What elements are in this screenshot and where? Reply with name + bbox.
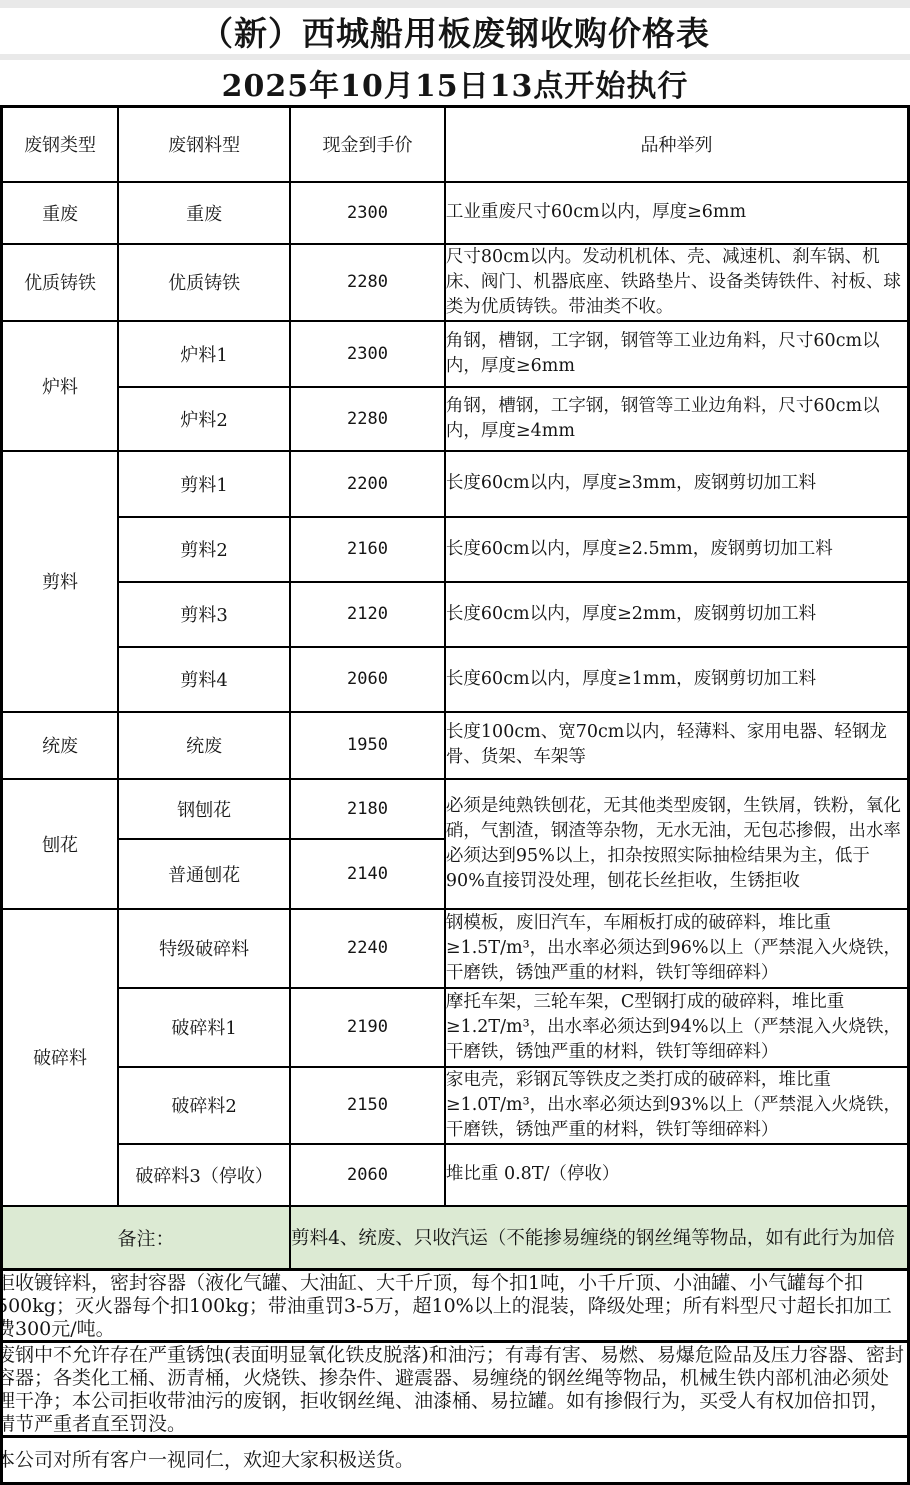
note-prohibited-items: 废钢中不允许存在严重锈蚀(表面明显氧化铁皮脱落)和油污；有毒有害、易燃、易爆危险…	[0, 1343, 910, 1438]
price-cell: 2300	[290, 182, 445, 244]
desc-cell: 长度60cm以内，厚度≥2.5mm，废钢剪切加工料	[445, 517, 909, 582]
material-cell: 普通刨花	[118, 839, 290, 909]
table-row: 炉料2 2280 角钢，槽钢，工字钢，钢管等工业边角料，尺寸60cm以内，厚度≥…	[2, 387, 909, 451]
material-cell: 重废	[118, 182, 290, 244]
material-cell: 优质铸铁	[118, 244, 290, 321]
material-cell: 统废	[118, 712, 290, 779]
price-cell: 2140	[290, 839, 445, 909]
price-cell: 2060	[290, 1144, 445, 1206]
header-cash-price: 现金到手价	[290, 107, 445, 182]
price-cell: 2200	[290, 451, 445, 517]
remark-label: 备注：	[2, 1206, 291, 1270]
price-cell: 2180	[290, 779, 445, 839]
material-cell: 炉料2	[118, 387, 290, 451]
table-row: 重废 重废 2300 工业重废尺寸60cm以内，厚度≥6mm	[2, 182, 909, 244]
table-row: 剪料3 2120 长度60cm以内，厚度≥2mm，废钢剪切加工料	[2, 582, 909, 647]
material-cell: 剪料4	[118, 647, 290, 712]
price-cell: 2150	[290, 1067, 445, 1144]
material-cell: 破碎料1	[118, 988, 290, 1067]
table-row: 破碎料2 2150 家电壳，彩钢瓦等铁皮之类打成的破碎料，堆比重≥1.0T/m³…	[2, 1067, 909, 1144]
material-cell: 破碎料3（停收）	[118, 1144, 290, 1206]
header-row: 废钢类型 废钢料型 现金到手价 品种举列	[2, 107, 909, 182]
table-row: 炉料 炉料1 2300 角钢，槽钢，工字钢，钢管等工业边角料，尺寸60cm以内，…	[2, 321, 909, 387]
table-row: 剪料 剪料1 2200 长度60cm以内，厚度≥3mm，废钢剪切加工料	[2, 451, 909, 517]
table-row: 破碎料 特级破碎料 2240 钢模板，废旧汽车，车厢板打成的破碎料，堆比重≥1.…	[2, 909, 909, 988]
page-title: （新）西城船用板废钢收购价格表	[0, 8, 910, 54]
type-cell: 优质铸铁	[2, 244, 119, 321]
desc-cell: 摩托车架，三轮车架，C型钢打成的破碎料，堆比重≥1.2T/m³，出水率必须达到9…	[445, 988, 909, 1067]
price-cell: 2280	[290, 244, 445, 321]
price-cell: 2300	[290, 321, 445, 387]
remark-text: 剪料4、统废、只收汽运（不能掺易缠绕的钢丝绳等物品，如有此行为加倍	[290, 1206, 908, 1270]
table-row: 优质铸铁 优质铸铁 2280 尺寸80cm以内。发动机机体、壳、减速机、刹车锅、…	[2, 244, 909, 321]
price-cell: 2280	[290, 387, 445, 451]
table-row: 破碎料1 2190 摩托车架，三轮车架，C型钢打成的破碎料，堆比重≥1.2T/m…	[2, 988, 909, 1067]
table-row: 刨花 钢刨花 2180 必须是纯熟铁刨花，无其他类型废钢，生铁屑，铁粉，氧化硝，…	[2, 779, 909, 839]
desc-cell: 角钢，槽钢，工字钢，钢管等工业边角料，尺寸60cm以内，厚度≥6mm	[445, 321, 909, 387]
material-cell: 剪料1	[118, 451, 290, 517]
price-cell: 2240	[290, 909, 445, 988]
type-cell: 炉料	[2, 321, 119, 451]
material-cell: 特级破碎料	[118, 909, 290, 988]
price-cell: 2060	[290, 647, 445, 712]
type-cell: 剪料	[2, 451, 119, 712]
desc-cell: 必须是纯熟铁刨花，无其他类型废钢，生铁屑，铁粉，氧化硝，气割渣，钢渣等杂物，无水…	[445, 779, 909, 909]
material-cell: 剪料2	[118, 517, 290, 582]
desc-cell: 钢模板，废旧汽车，车厢板打成的破碎料，堆比重≥1.5T/m³，出水率必须达到96…	[445, 909, 909, 988]
type-cell: 破碎料	[2, 909, 119, 1206]
price-cell: 2160	[290, 517, 445, 582]
material-cell: 剪料3	[118, 582, 290, 647]
desc-cell: 工业重废尺寸60cm以内，厚度≥6mm	[445, 182, 909, 244]
desc-cell: 尺寸80cm以内。发动机机体、壳、减速机、刹车锅、机床、阀门、机器底座、铁路垫片…	[445, 244, 909, 321]
note-rejection-deductions: 拒收镀锌料，密封容器（液化气罐、大油缸、大千斤顶，每个扣1吨，小千斤顶、小油罐、…	[0, 1271, 910, 1343]
material-cell: 破碎料2	[118, 1067, 290, 1144]
table-row: 统废 统废 1950 长度100cm、宽70cm以内，轻薄料、家用电器、轻钢龙骨…	[2, 712, 909, 779]
note-text: 废钢中不允许存在严重锈蚀(表面明显氧化铁皮脱落)和油污；有毒有害、易燃、易爆危险…	[0, 1343, 907, 1436]
desc-cell: 家电壳，彩钢瓦等铁皮之类打成的破碎料，堆比重≥1.0T/m³，出水率必须达到93…	[445, 1067, 909, 1144]
effective-date-subtitle: 2025年10月15日13点开始执行	[0, 60, 910, 105]
note-text: 本公司对所有客户一视同仁，欢迎大家积极送货。	[0, 1438, 907, 1482]
material-cell: 炉料1	[118, 321, 290, 387]
note-text: 拒收镀锌料，密封容器（液化气罐、大油缸、大千斤顶，每个扣1吨，小千斤顶、小油罐、…	[0, 1271, 907, 1341]
price-cell: 1950	[290, 712, 445, 779]
desc-cell: 长度60cm以内，厚度≥2mm，废钢剪切加工料	[445, 582, 909, 647]
price-table: 废钢类型 废钢料型 现金到手价 品种举列 重废 重废 2300 工业重废尺寸60…	[0, 105, 910, 1271]
desc-cell: 长度60cm以内，厚度≥1mm，废钢剪切加工料	[445, 647, 909, 712]
desc-cell: 堆比重 0.8T/（停收）	[445, 1144, 909, 1206]
table-row: 剪料2 2160 长度60cm以内，厚度≥2.5mm，废钢剪切加工料	[2, 517, 909, 582]
table-row: 剪料4 2060 长度60cm以内，厚度≥1mm，废钢剪切加工料	[2, 647, 909, 712]
type-cell: 统废	[2, 712, 119, 779]
desc-cell: 长度100cm、宽70cm以内，轻薄料、家用电器、轻钢龙骨、货架、车架等	[445, 712, 909, 779]
desc-cell: 长度60cm以内，厚度≥3mm，废钢剪切加工料	[445, 451, 909, 517]
desc-cell: 角钢，槽钢，工字钢，钢管等工业边角料，尺寸60cm以内，厚度≥4mm	[445, 387, 909, 451]
type-cell: 重废	[2, 182, 119, 244]
header-scrap-type: 废钢类型	[2, 107, 119, 182]
remark-row: 备注： 剪料4、统废、只收汽运（不能掺易缠绕的钢丝绳等物品，如有此行为加倍	[2, 1206, 909, 1270]
table-row: 破碎料3（停收） 2060 堆比重 0.8T/（停收）	[2, 1144, 909, 1206]
material-cell: 钢刨花	[118, 779, 290, 839]
price-cell: 2190	[290, 988, 445, 1067]
price-cell: 2120	[290, 582, 445, 647]
type-cell: 刨花	[2, 779, 119, 909]
note-welcome: 本公司对所有客户一视同仁，欢迎大家积极送货。	[0, 1438, 910, 1485]
header-examples: 品种举列	[445, 107, 909, 182]
header-material-type: 废钢料型	[118, 107, 290, 182]
